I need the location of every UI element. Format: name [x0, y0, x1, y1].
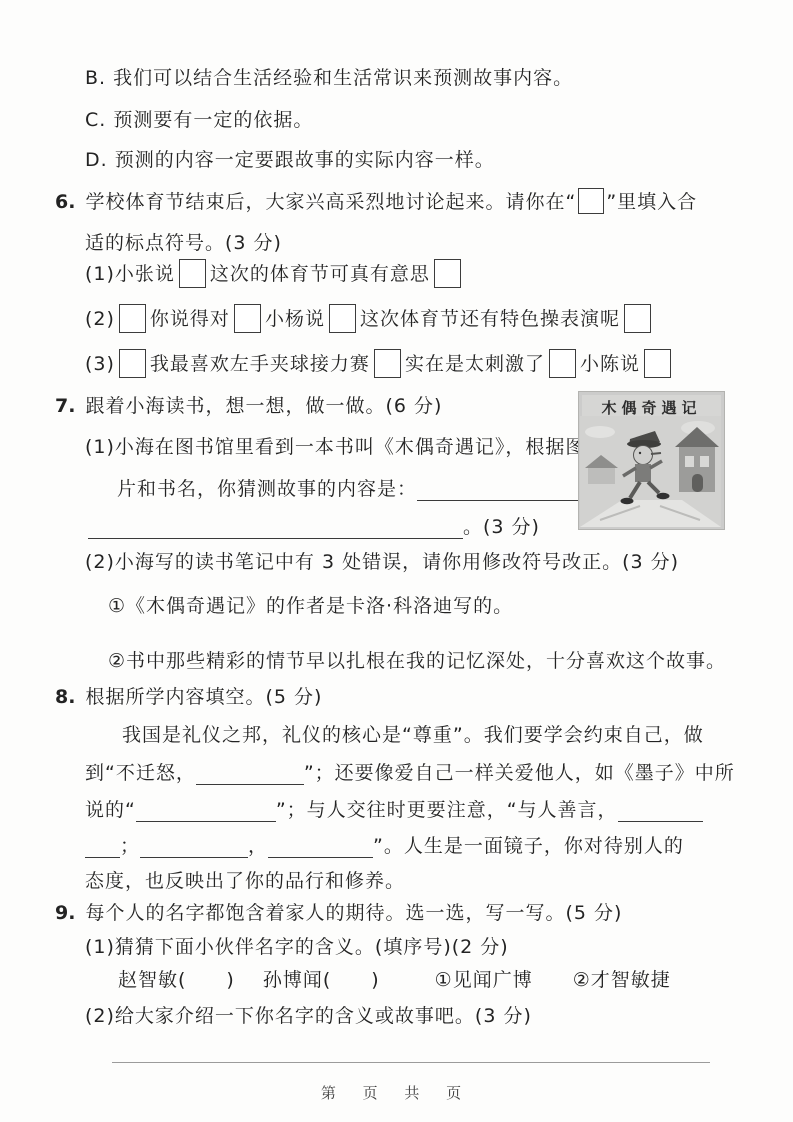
- q7-item1-line2: 片和书名，你猜测故事的内容是：: [117, 473, 607, 505]
- punctuation-box[interactable]: [434, 259, 461, 288]
- q7-item2: (2)小海写的读书笔记中有 3 处错误，请你用修改符号改正。(3 分): [85, 546, 679, 578]
- q9-item2: (2)给大家介绍一下你名字的含义或故事吧。(3 分): [85, 1000, 532, 1032]
- q8-line5: 态度，也反映出了你的品行和修养。: [85, 865, 405, 897]
- q6-item-3: (3)我最喜欢左手夹球接力赛实在是太刺激了小陈说: [85, 348, 675, 380]
- q8-line4-text-c: ”。人生是一面镜子，你对待别人的: [373, 835, 684, 857]
- q8-line2-text-b: ”；还要像爱自己一样关爱他人，如《墨子》中所: [304, 762, 735, 784]
- q7-note-2: ②书中那些精彩的情节早以扎根在我的记忆深处，十分喜欢这个故事。: [108, 645, 726, 677]
- q6-stem-line2: 适的标点符号。(3 分): [85, 227, 282, 259]
- q8-line3: 说的“”；与人交往时更要注意，“与人善言，: [85, 794, 703, 826]
- answer-blank[interactable]: [88, 515, 463, 539]
- punctuation-box[interactable]: [624, 304, 651, 333]
- pinocchio-illustration: [580, 416, 721, 527]
- q8-line1: 我国是礼仪之邦，礼仪的核心是“尊重”。我们要学会约束自己，做: [122, 719, 704, 751]
- q6-item3-text-0: (3): [85, 353, 115, 375]
- q7-item1-line1: (1)小海在图书馆里看到一本书叫《木偶奇遇记》，根据图: [85, 431, 585, 463]
- q9-stem-text: 每个人的名字都饱含着家人的期待。选一选，写一写。(5 分): [85, 902, 622, 924]
- q5-option-b: B. 我们可以结合生活经验和生活常识来预测故事内容。: [85, 62, 573, 94]
- punctuation-box[interactable]: [179, 259, 206, 288]
- punctuation-box[interactable]: [644, 349, 671, 378]
- book-cover: 木偶奇遇记: [578, 391, 725, 530]
- q9-option-2: ②才智敏捷: [573, 969, 671, 991]
- q7-note-1: ①《木偶奇遇记》的作者是卡洛·科洛迪写的。: [108, 590, 513, 622]
- q6-stem-text-a: 学校体育节结束后，大家兴高采烈地讨论起来。请你在“: [85, 191, 576, 213]
- q9-name-zhao[interactable]: 赵智敏( ): [118, 969, 235, 991]
- q7-stem-text: 跟着小海读书，想一想，做一做。(6 分): [85, 395, 442, 417]
- q6-item3-text-1: 我最喜欢左手夹球接力赛: [150, 353, 370, 375]
- q6-item1-text-0: (1)小张说: [85, 263, 175, 285]
- q6-item3-text-3: 小陈说: [580, 353, 640, 375]
- answer-blank[interactable]: [618, 798, 703, 822]
- q7-stem: 7.跟着小海读书，想一想，做一做。(6 分): [55, 390, 442, 422]
- q8-line3-text-b: ”；与人交往时更要注意，“与人善言，: [276, 799, 618, 821]
- q7-item1-line2-text: 片和书名，你猜测故事的内容是：: [117, 478, 417, 500]
- q8-line3-text-a: 说的“: [85, 799, 136, 821]
- answer-blank[interactable]: [140, 834, 248, 858]
- q9-item1: (1)猜猜下面小伙伴名字的含义。(填序号)(2 分): [85, 931, 509, 963]
- page-footer: 第 页 共 页: [0, 1082, 793, 1103]
- answer-blank[interactable]: [196, 761, 304, 785]
- q9-stem: 9.每个人的名字都饱含着家人的期待。选一选，写一写。(5 分): [55, 897, 622, 929]
- q6-number: 6.: [55, 191, 75, 213]
- q7-item1-line3: 。(3 分): [88, 511, 540, 543]
- q9-name-sun[interactable]: 孙博闻( ): [263, 969, 380, 991]
- q9-names-line: 赵智敏( )孙博闻( )①见闻广博②才智敏捷: [118, 964, 671, 996]
- q8-line4: ；，”。人生是一面镜子，你对待别人的: [85, 830, 684, 862]
- exam-page: B. 我们可以结合生活经验和生活常识来预测故事内容。 C. 预测要有一定的依据。…: [0, 0, 793, 1122]
- q6-item2-text-1: 你说得对: [150, 308, 230, 330]
- q6-item-1: (1)小张说这次的体育节可真有意思: [85, 258, 465, 290]
- punctuation-box[interactable]: [119, 349, 146, 378]
- punctuation-box[interactable]: [329, 304, 356, 333]
- q6-item1-text-1: 这次的体育节可真有意思: [210, 263, 430, 285]
- q8-line4-comma: ，: [248, 835, 268, 857]
- footer-divider: [112, 1062, 710, 1063]
- answer-blank[interactable]: [268, 834, 373, 858]
- q8-number: 8.: [55, 686, 75, 708]
- q6-item2-text-2: 小杨说: [265, 308, 325, 330]
- q8-line2-text-a: 到“不迁怒，: [85, 762, 196, 784]
- q6-stem-line1: 6.学校体育节结束后，大家兴高采烈地讨论起来。请你在“”里填入合: [55, 186, 697, 218]
- q7-item1-line3-suffix: 。(3 分): [463, 516, 540, 538]
- q8-line2: 到“不迁怒，”；还要像爱自己一样关爱他人，如《墨子》中所: [85, 757, 735, 789]
- q5-option-d: D. 预测的内容一定要跟故事的实际内容一样。: [85, 144, 495, 176]
- q6-item2-text-3: 这次体育节还有特色操表演呢: [360, 308, 620, 330]
- q7-number: 7.: [55, 395, 75, 417]
- q6-item-2: (2)你说得对小杨说这次体育节还有特色操表演呢: [85, 303, 655, 335]
- punctuation-box[interactable]: [234, 304, 261, 333]
- q9-number: 9.: [55, 902, 75, 924]
- punctuation-box[interactable]: [374, 349, 401, 378]
- q8-line4-semicolon: ；: [120, 835, 140, 857]
- answer-blank[interactable]: [136, 798, 276, 822]
- punctuation-box[interactable]: [578, 188, 604, 214]
- q6-stem-text-b: ”里填入合: [606, 191, 697, 213]
- q6-item2-text-0: (2): [85, 308, 115, 330]
- q8-stem-text: 根据所学内容填空。(5 分): [85, 686, 322, 708]
- q6-item3-text-2: 实在是太刺激了: [405, 353, 545, 375]
- answer-blank[interactable]: [85, 834, 120, 858]
- book-cover-title: 木偶奇遇记: [579, 397, 724, 418]
- q5-option-c: C. 预测要有一定的依据。: [85, 104, 313, 136]
- q9-option-1: ①见闻广博: [435, 969, 533, 991]
- punctuation-box[interactable]: [549, 349, 576, 378]
- punctuation-box[interactable]: [119, 304, 146, 333]
- q8-stem: 8.根据所学内容填空。(5 分): [55, 681, 322, 713]
